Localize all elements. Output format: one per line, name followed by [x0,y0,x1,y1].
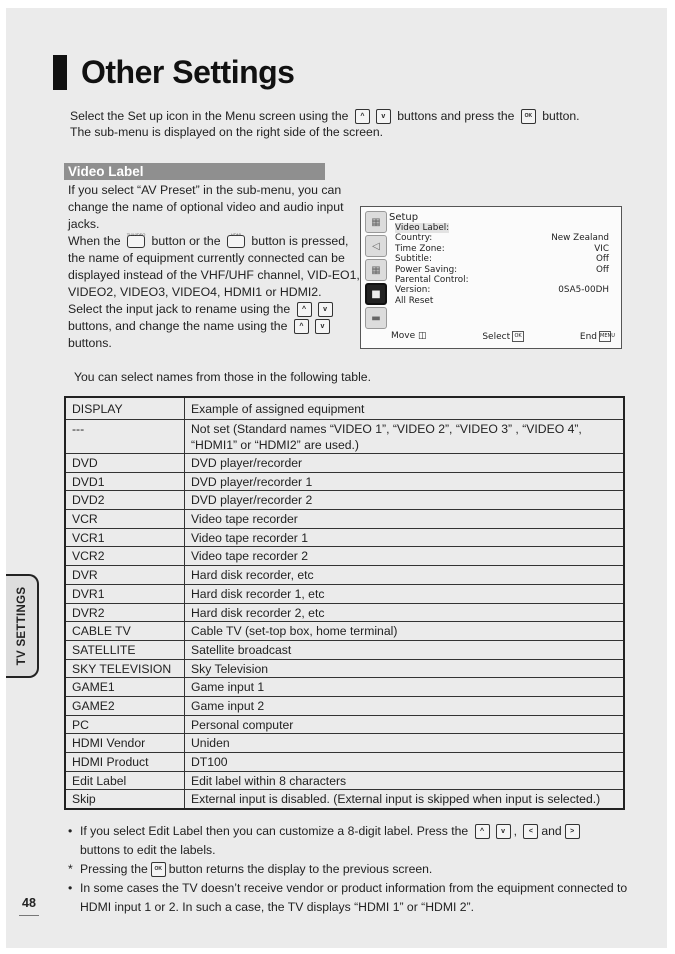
display-name-cell: GAME1 [65,678,185,697]
down-key-icon: v [315,319,330,334]
osd-setting-label: Power Saving: [395,265,457,275]
osd-select-hint: SelectOK [482,331,524,342]
intro-text: Select the Set up icon in the Menu scree… [70,109,348,123]
table-row: HDMI ProductDT100 [65,753,624,772]
note-ok-button: * Pressing theOKbutton returns the displ… [68,860,648,879]
table-row: DVD2DVD player/recorder 2 [65,491,624,510]
display-name-cell: DVD1 [65,472,185,491]
osd-setting-row: All Reset [395,296,609,306]
osd-setting-value: Off [596,265,609,275]
table-row: HDMI VendorUniden [65,734,624,753]
display-name-cell: PC [65,715,185,734]
down-key-icon: v [318,302,333,317]
equipment-cell: Sky Television [185,659,625,678]
notes-list: • If you select Edit Label then you can … [68,822,648,917]
equipment-cell: Satellite broadcast [185,640,625,659]
table-row: PCPersonal computer [65,715,624,734]
table-row: ---Not set (Standard names “VIDEO 1”, “V… [65,420,624,454]
up-key-icon: ^ [355,109,370,124]
ok-key-icon: OK [512,331,524,342]
note-hdmi-info: • In some cases the TV doesn’t receive v… [68,879,648,917]
osd-setting-value: VIC [594,244,609,254]
column-header-example: Example of assigned equipment [185,397,625,420]
dpad-icon: ◫ [418,331,427,341]
equipment-cell: DVD player/recorder 1 [185,472,625,491]
osd-setting-value: New Zealand [551,233,609,243]
intro-text: button. [542,109,579,123]
display-name-cell: DVR2 [65,603,185,622]
table-row: GAME2Game input 2 [65,696,624,715]
menu-key-icon: MENU [599,331,611,342]
table-row: GAME1Game input 1 [65,678,624,697]
channel-icon: ▦ [365,259,387,281]
table-intro: You can select names from those in the f… [74,370,371,384]
equipment-cell: Video tape recorder 2 [185,547,625,566]
equipment-cell: Hard disk recorder 2, etc [185,603,625,622]
table-row: DVDDVD player/recorder [65,454,624,473]
display-name-cell: Skip [65,790,185,809]
table-row: SkipExternal input is disabled. (Externa… [65,790,624,809]
page-title: Other Settings [81,54,294,91]
table-row: Edit LabelEdit label within 8 characters [65,771,624,790]
note-edit-label: • If you select Edit Label then you can … [68,822,648,860]
table-row: VCRVideo tape recorder [65,510,624,529]
equipment-cell: Uniden [185,734,625,753]
display-name-cell: DVD [65,454,185,473]
osd-title: Setup [389,212,418,223]
ok-key-icon: OK [521,109,536,124]
table-row: DVR2Hard disk recorder 2, etc [65,603,624,622]
equipment-cell: Personal computer [185,715,625,734]
hdmi-key: HDMI [224,233,248,250]
equipment-cell: Edit label within 8 characters [185,771,625,790]
osd-setting-label: Parental Control: [395,275,469,285]
osd-setting-value: Off [596,254,609,264]
osd-setting-row: Version:0SA5-00DH [395,285,609,295]
page-number-underline [19,915,39,916]
setup-icon: ■ [365,283,387,305]
equipment-cell: DVD player/recorder [185,454,625,473]
display-name-cell: DVR [65,566,185,585]
osd-setting-row: Country:New Zealand [395,233,609,243]
table-row: CABLE TVCable TV (set-top box, home term… [65,622,624,641]
osd-setting-row: Subtitle:Off [395,254,609,264]
table-row: DVRHard disk recorder, etc [65,566,624,585]
equipment-cell: Game input 2 [185,696,625,715]
menu-icon-column: ▦ ◁ ▦ ■ ▬ [365,211,387,331]
setup-menu-screenshot: ▦ ◁ ▦ ■ ▬ Setup Video Label:Country:New … [360,206,622,349]
table-row: VCR1Video tape recorder 1 [65,528,624,547]
osd-setting-row: Time Zone:VIC [395,244,609,254]
display-name-cell: DVR1 [65,584,185,603]
osd-setting-row: Video Label: [395,223,609,233]
osd-setting-row: Power Saving:Off [395,265,609,275]
intro-paragraph: Select the Set up icon in the Menu scree… [70,108,630,140]
equipment-cell: Video tape recorder [185,510,625,529]
equipment-cell: Hard disk recorder 1, etc [185,584,625,603]
down-key-icon: v [496,824,511,839]
osd-setting-label: Subtitle: [395,254,432,264]
table-header-row: DISPLAY Example of assigned equipment [65,397,624,420]
display-name-cell: SKY TELEVISION [65,659,185,678]
osd-setting-label: Country: [395,233,432,243]
table-row: DVD1DVD player/recorder 1 [65,472,624,491]
display-name-cell: HDMI Vendor [65,734,185,753]
display-name-cell: VCR [65,510,185,529]
intro-text: The sub-menu is displayed on the right s… [70,125,383,139]
table-row: DVR1Hard disk recorder 1, etc [65,584,624,603]
ok-key-icon: OK [151,862,166,877]
display-name-cell: GAME2 [65,696,185,715]
equipment-cell: Game input 1 [185,678,625,697]
osd-setting-label: Time Zone: [395,244,445,254]
page-number: 48 [22,896,36,910]
equipment-cell: Cable TV (set-top box, home terminal) [185,622,625,641]
table-row: VCR2Video tape recorder 2 [65,547,624,566]
description-text: button or the [151,234,220,248]
lock-icon: ▬ [365,307,387,329]
description-text: If you select “AV Preset” in the sub-men… [68,183,344,231]
equipment-cell: DVD player/recorder 2 [185,491,625,510]
tv-video-key: TV/VIDEO [124,233,148,250]
osd-footer: Move ◫ SelectOK EndMENU [391,331,611,342]
side-tab-tv-settings: TV SETTINGS [6,574,39,678]
column-header-display: DISPLAY [65,397,185,420]
table-row: SKY TELEVISIONSky Television [65,659,624,678]
osd-move-hint: Move ◫ [391,331,427,342]
equipment-cell: External input is disabled. (External in… [185,790,625,809]
down-key-icon: v [376,109,391,124]
osd-setting-row: Parental Control: [395,275,609,285]
page-heading: Other Settings [53,54,294,91]
up-key-icon: ^ [475,824,490,839]
intro-text: buttons and press the [397,109,514,123]
display-name-cell: VCR1 [65,528,185,547]
osd-setting-value: 0SA5-00DH [558,285,609,295]
equipment-cell: Not set (Standard names “VIDEO 1”, “VIDE… [185,420,625,454]
equipment-cell: DT100 [185,753,625,772]
display-name-cell: CABLE TV [65,622,185,641]
display-name-cell: HDMI Product [65,753,185,772]
picture-icon: ▦ [365,211,387,233]
equipment-cell: Hard disk recorder, etc [185,566,625,585]
right-key-icon: > [565,824,580,839]
section-heading-video-label: Video Label [64,163,325,180]
video-label-names-table: DISPLAY Example of assigned equipment --… [64,396,625,810]
description-text: buttons. [68,336,112,350]
osd-setting-label: All Reset [395,296,433,306]
description-text: buttons, and change the name using the [68,319,287,333]
display-name-cell: Edit Label [65,771,185,790]
osd-setting-label: Version: [395,285,430,295]
title-marker [53,55,67,90]
display-name-cell: DVD2 [65,491,185,510]
display-name-cell: VCR2 [65,547,185,566]
osd-setting-label: Video Label: [395,223,449,233]
up-key-icon: ^ [297,302,312,317]
description-text: When the [68,234,121,248]
display-name-cell: SATELLITE [65,640,185,659]
osd-settings-list: Video Label:Country:New ZealandTime Zone… [395,223,609,306]
display-name-cell: --- [65,420,185,454]
left-key-icon: < [523,824,538,839]
osd-end-hint: EndMENU [580,331,611,342]
description-text: Select the input jack to rename using th… [68,302,290,316]
video-label-description: If you select “AV Preset” in the sub-men… [68,182,363,352]
up-key-icon: ^ [294,319,309,334]
sound-icon: ◁ [365,235,387,257]
equipment-cell: Video tape recorder 1 [185,528,625,547]
table-row: SATELLITESatellite broadcast [65,640,624,659]
